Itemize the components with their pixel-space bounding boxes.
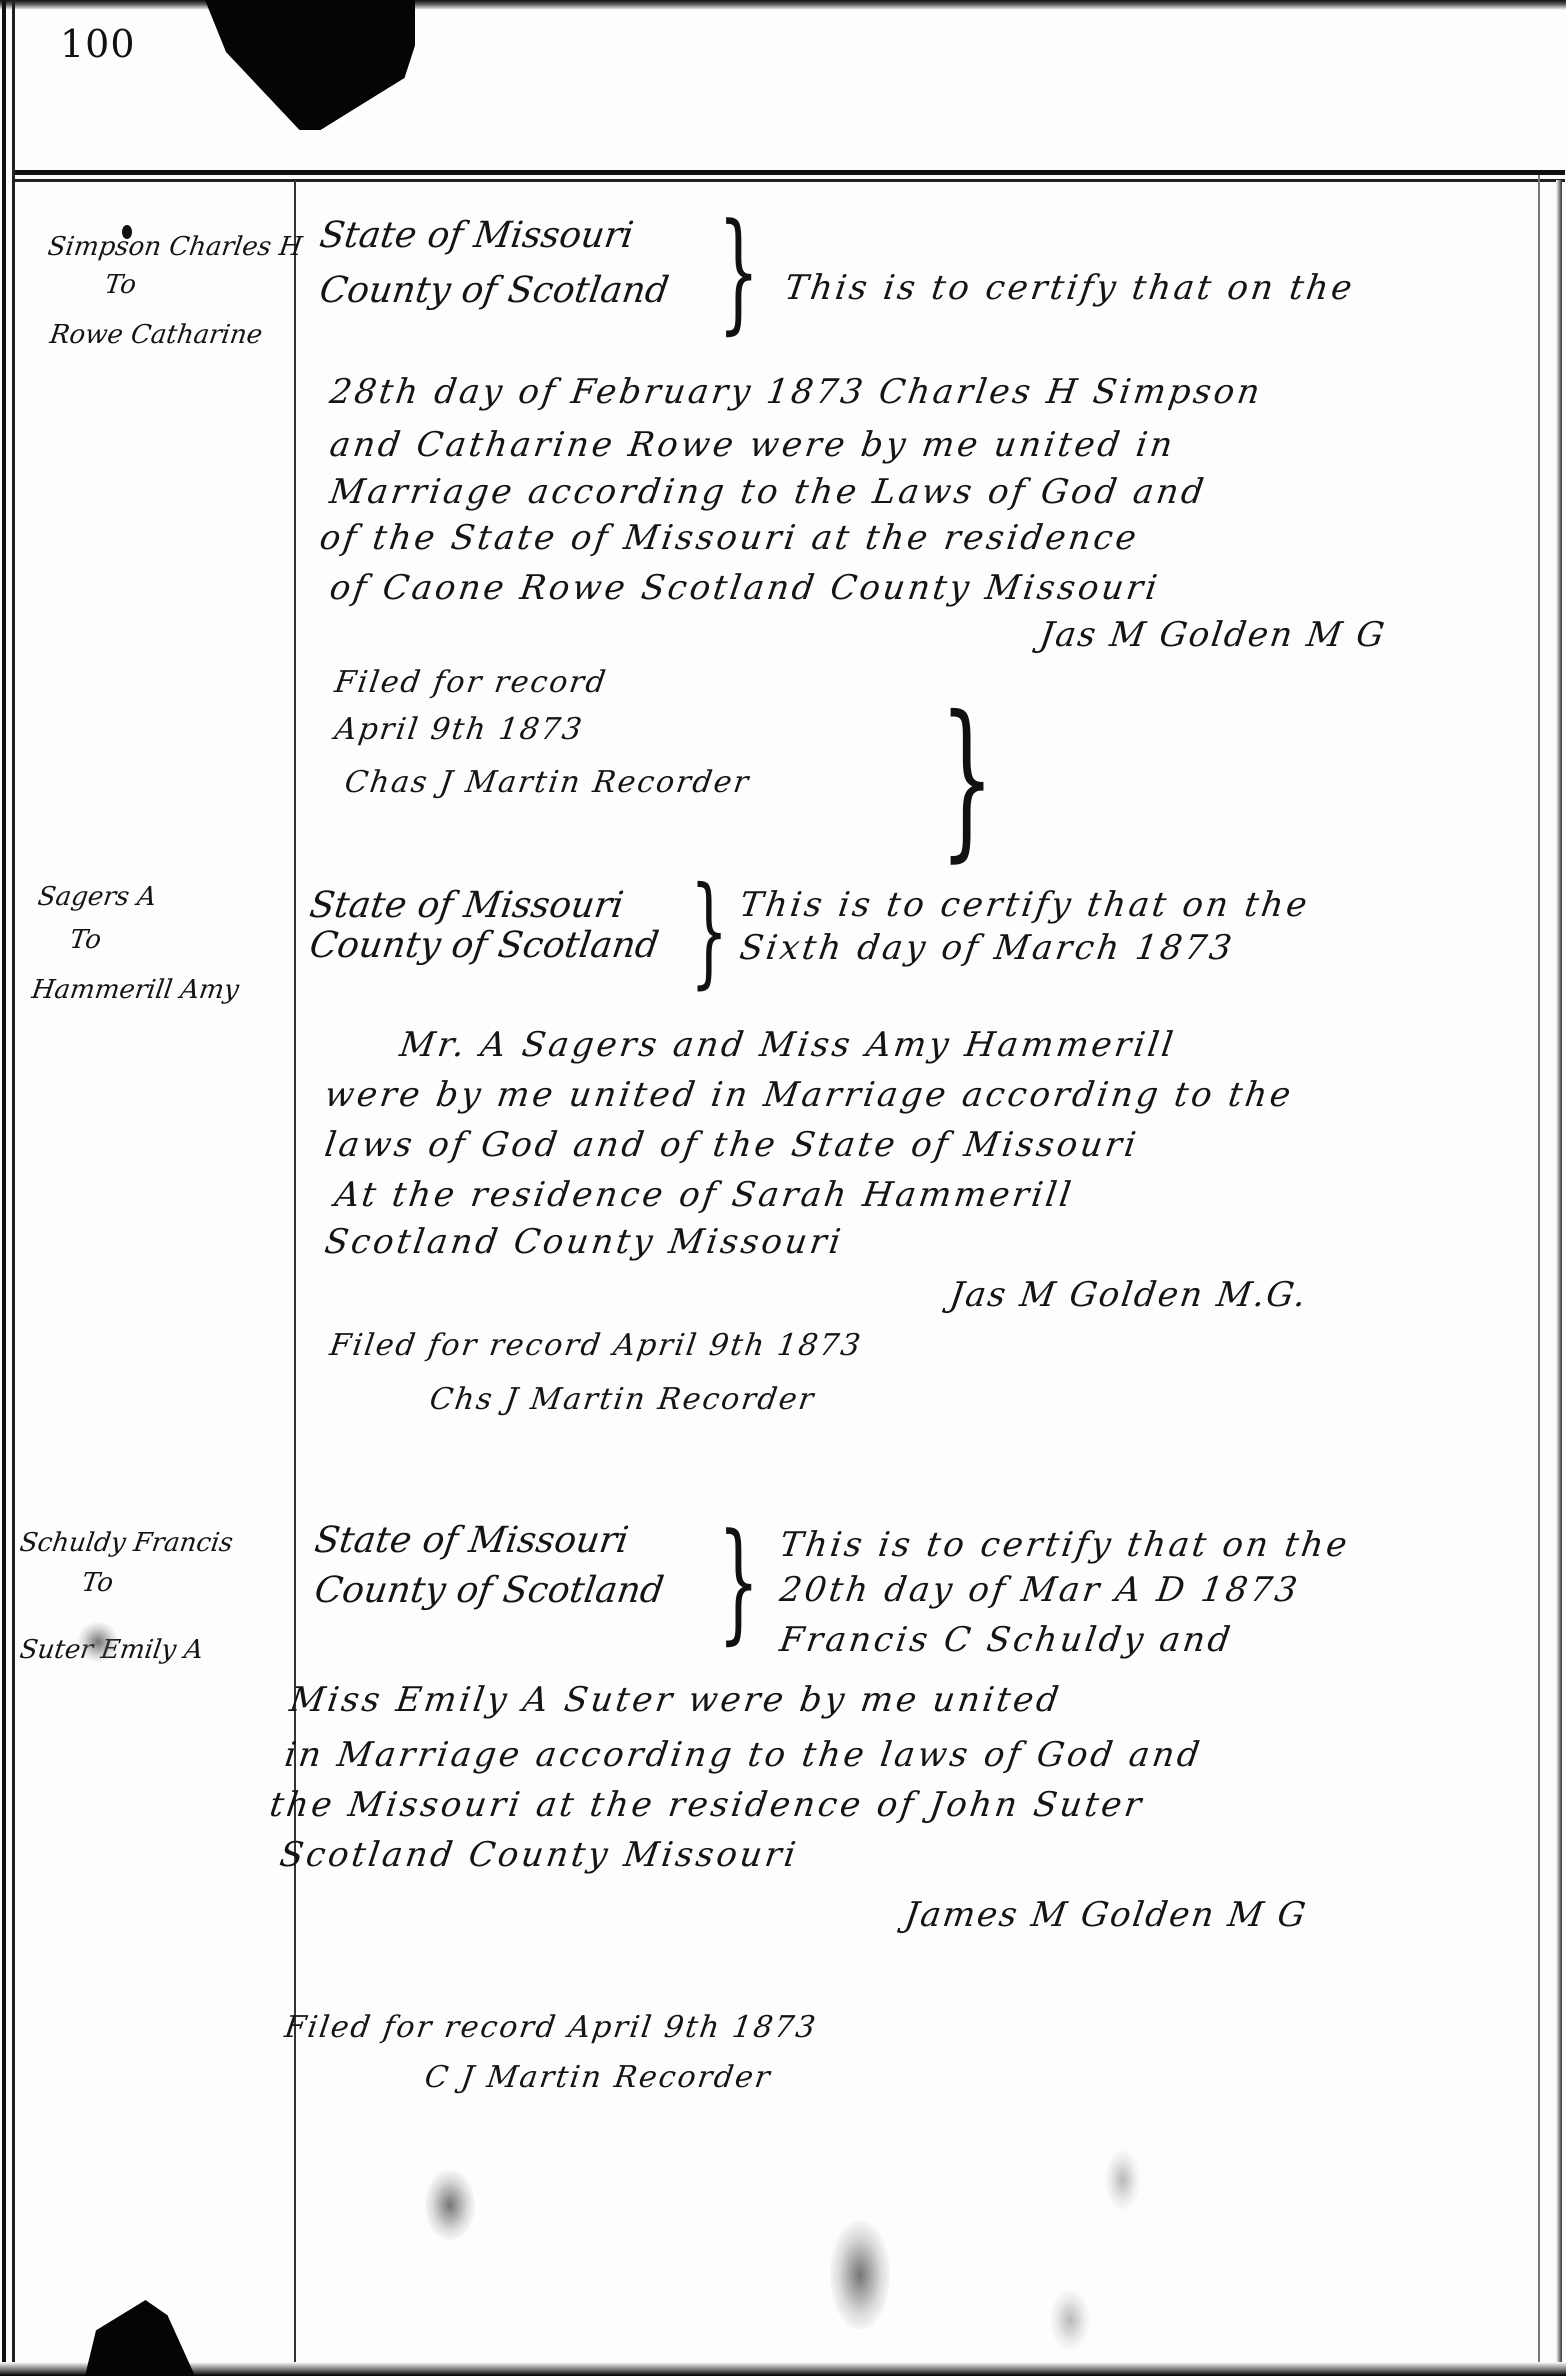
entry-body-line: of the State of Missouri at the residenc… — [317, 518, 1141, 558]
left-border — [2, 0, 6, 2376]
page-bottom-edge — [0, 2362, 1566, 2376]
stain — [1050, 2290, 1090, 2350]
binding-shadow-bottom — [85, 2300, 195, 2376]
header-rule — [15, 170, 1565, 175]
entry-body-line: of Caone Rowe Scotland County Missouri — [327, 568, 1162, 608]
recorder-signature: C J Martin Recorder — [423, 2060, 774, 2095]
header-state: State of Missouri — [307, 885, 626, 926]
margin-groom-name: Sagers A — [36, 882, 158, 912]
entry-body-line: Marriage according to the Laws of God an… — [327, 472, 1209, 512]
certify-date: 20th day of Mar A D 1873 — [777, 1570, 1302, 1610]
entry-body-line: laws of God and of the State of Missouri — [322, 1125, 1141, 1165]
officiant-signature: Jas M Golden M.G. — [947, 1275, 1310, 1315]
ink-smudge — [78, 1622, 118, 1662]
entry-body-line: At the residence of Sarah Hammerill — [332, 1175, 1076, 1215]
filed-date: April 9th 1873 — [333, 712, 586, 747]
entry-body-line: were by me united in Marriage according … — [322, 1075, 1296, 1115]
header-state: State of Missouri — [317, 215, 636, 256]
brace-icon: } — [718, 1505, 759, 1657]
stain — [830, 2220, 890, 2330]
filed-label: Filed for record April 9th 1873 — [328, 1328, 865, 1363]
officiant-signature: Jas M Golden M G — [1037, 615, 1388, 655]
page-right-edge — [1556, 180, 1562, 2370]
page-number: 100 — [60, 22, 136, 66]
entry-body-line: and Catharine Rowe were by me united in — [327, 425, 1178, 465]
brace-icon: } — [718, 195, 759, 347]
brace-icon: } — [690, 862, 728, 1001]
margin-to: To — [68, 925, 103, 955]
header-state: State of Missouri — [312, 1520, 631, 1561]
binding-shadow-top — [205, 0, 415, 130]
filed-label: Filed for record — [333, 665, 610, 700]
ink-blot — [122, 225, 132, 239]
certify-date: Sixth day of March 1873 — [737, 928, 1237, 968]
certify-intro: This is to certify that on the — [777, 1525, 1352, 1565]
margin-to: To — [103, 270, 138, 300]
stain — [425, 2170, 475, 2240]
entry-body-line: in Marriage according to the laws of God… — [282, 1735, 1205, 1775]
entry-body-line: Mr. A Sagers and Miss Amy Hammerill — [397, 1025, 1178, 1065]
margin-bride-name: Rowe Catharine — [48, 320, 264, 350]
margin-to: To — [80, 1568, 115, 1598]
header-county: County of Scotland — [312, 1570, 666, 1611]
filed-label: Filed for record April 9th 1873 — [283, 2010, 820, 2045]
margin-groom-name: Schuldy Francis — [18, 1528, 235, 1558]
margin-groom-name: Simpson Charles H — [46, 232, 304, 262]
certify-intro: This is to certify that on the — [737, 885, 1312, 925]
header-county: County of Scotland — [317, 270, 671, 311]
certify-groom: Francis C Schuldy and — [777, 1620, 1235, 1660]
entry-body-line: Miss Emily A Suter were by me united — [287, 1680, 1064, 1720]
right-border — [1538, 175, 1540, 2365]
entry-body-line: Scotland County Missouri — [277, 1835, 801, 1875]
entry-body-line: 28th day of February 1873 Charles H Simp… — [327, 372, 1265, 412]
recorder-signature: Chs J Martin Recorder — [428, 1382, 818, 1417]
margin-bride-name: Hammerill Amy — [30, 975, 241, 1005]
brace-icon: } — [940, 680, 994, 878]
recorder-signature: Chas J Martin Recorder — [343, 765, 753, 800]
entry-body-line: Scotland County Missouri — [322, 1222, 846, 1262]
register-page: 100 Simpson Charles H To Rowe Catharine … — [0, 0, 1566, 2376]
stain — [1105, 2150, 1140, 2210]
entry-body-line: the Missouri at the residence of John Su… — [267, 1785, 1146, 1825]
officiant-signature: James M Golden M G — [902, 1895, 1310, 1935]
header-rule-inner — [15, 179, 1565, 182]
left-border-inner — [12, 0, 15, 2376]
certify-intro: This is to certify that on the — [782, 268, 1357, 308]
header-county: County of Scotland — [307, 925, 661, 966]
